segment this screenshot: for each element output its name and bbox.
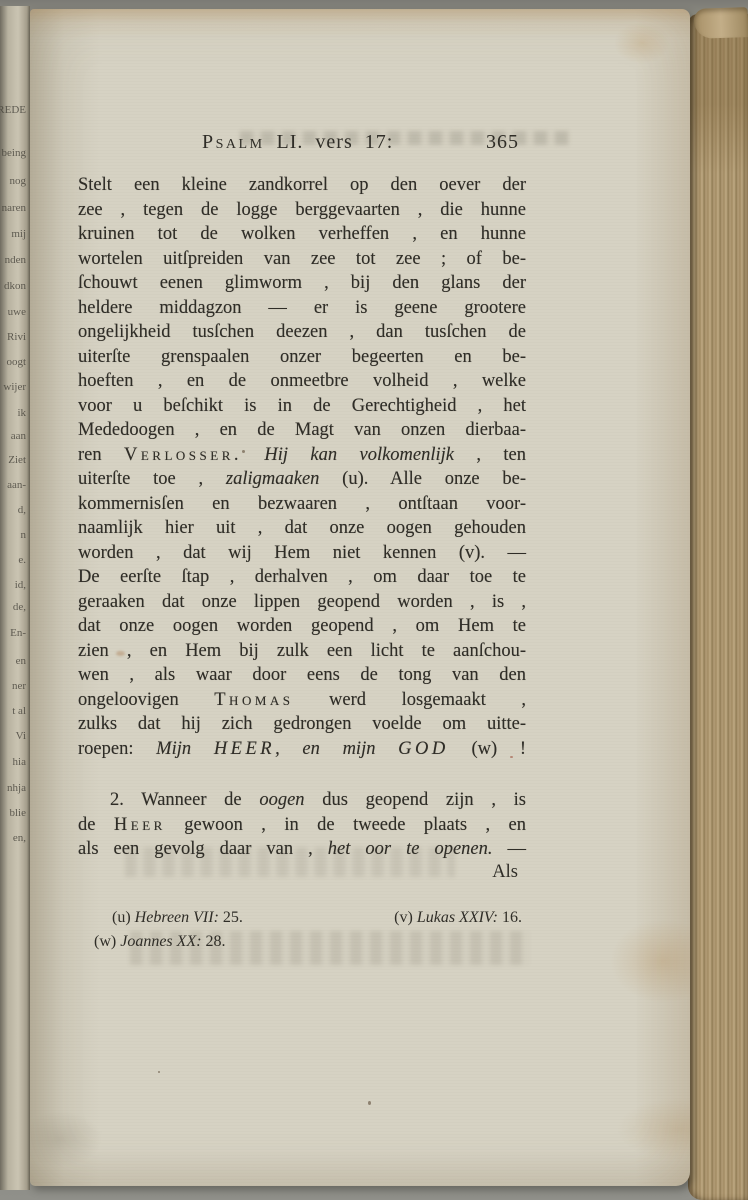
text-line: hoeften , en de onmeetbre volheid , welk… xyxy=(78,369,526,394)
text-segment: (v) xyxy=(394,909,417,926)
gutter-text-fragment: e. xyxy=(0,554,26,566)
gutter-text-fragment: id, xyxy=(0,579,26,591)
text-line: dat onze oogen worden geopend , om Hem t… xyxy=(78,614,526,639)
text-line: De eerſte ſtap , derhalven , om daar toe… xyxy=(78,565,526,590)
text-segment: uiterſte toe , xyxy=(78,469,226,489)
footnotes: (u) Hebreen VII: 25. (v) Lukas XXIV: 16.… xyxy=(78,906,526,954)
footnote-line: (u) Hebreen VII: 25. (v) Lukas XXIV: 16. xyxy=(78,906,526,930)
text-segment: ren xyxy=(78,445,124,465)
text-line: Mededoogen , en de Magt van onzen dierba… xyxy=(78,418,526,443)
text-segment: naamlijk hier uit , dat onze oogen gehou… xyxy=(78,518,526,538)
text-segment xyxy=(242,445,264,465)
footnote-ref-w: (w) Joannes XX: 28. xyxy=(94,933,226,950)
text-segment: Mijn xyxy=(156,739,214,759)
gutter-text-fragment: blie xyxy=(0,807,26,819)
page-title-verse: LI. vers 17: xyxy=(265,131,394,153)
text-segment: zulks dat hij zich gedrongen voelde om u… xyxy=(78,714,526,734)
text-segment: dus geopend zijn , is xyxy=(305,790,526,810)
page-number: 365 xyxy=(486,131,519,154)
gutter-text-fragment: wijer xyxy=(0,381,26,393)
gutter-text-fragment: being xyxy=(0,147,26,159)
text-segment: roepen: xyxy=(78,739,156,759)
gutter-text-fragment: nden xyxy=(0,254,26,266)
book-fore-edge-corner xyxy=(693,7,748,39)
gutter-text-fragment: ner xyxy=(0,680,26,692)
catchword: Als xyxy=(492,860,518,885)
text-line: wen , als waar door eens de tong van den xyxy=(78,663,526,688)
gutter-text-fragment: en, xyxy=(0,832,26,844)
text-segment: ongelijkheid tusſchen deezen , dan tusſc… xyxy=(78,322,526,342)
gutter-text-fragment: dkon xyxy=(0,280,26,292)
page-title: Psalm LI. vers 17: xyxy=(202,131,393,154)
text-segment: kruinen tot de wolken verheffen , en hun… xyxy=(78,224,526,244)
paragraph: Stelt een kleine zandkorrel op den oever… xyxy=(78,173,526,761)
text-segment: zaligmaaken xyxy=(226,469,320,489)
text-segment: oogen xyxy=(259,790,304,810)
gutter-text-fragment: aan- xyxy=(0,479,26,491)
text-segment: dat onze oogen worden geopend , om Hem t… xyxy=(78,616,526,636)
text-segment: wen , als waar door eens de tong van den xyxy=(78,665,526,685)
paper-speck xyxy=(368,1101,371,1105)
text-line: naamlijk hier uit , dat onze oogen gehou… xyxy=(78,516,526,541)
text-line: roepen: Mijn HEER, en mijn GOD (w) ! xyxy=(78,737,526,762)
text-line: heldere middagzon — er is geene grootere xyxy=(78,296,526,321)
text-segment: Mededoogen , en de Magt van onzen dierba… xyxy=(78,420,526,440)
text-segment: de xyxy=(78,815,114,835)
text-segment: hoeften , en de onmeetbre volheid , welk… xyxy=(78,371,526,391)
text-segment: Joannes XX: xyxy=(120,933,201,950)
book-fore-edge-pages xyxy=(688,14,748,1200)
text-segment: 2. Wanneer de xyxy=(110,790,259,810)
gutter-text-fragment: oogt xyxy=(0,356,26,368)
gutter-text-fragment: mij xyxy=(0,228,26,240)
text-segment: werd losgemaakt , xyxy=(294,690,526,710)
text-line: zulks dat hij zich gedrongen voelde om u… xyxy=(78,712,526,737)
text-segment: ſchouwt eenen glimworm , bij den glans d… xyxy=(78,273,526,293)
text-segment: gewoon , in de tweede plaats , en xyxy=(166,815,526,835)
text-line: kommernisſen en bezwaaren , ontſtaan voo… xyxy=(78,492,526,517)
text-segment: Hij kan volkomenlijk xyxy=(264,445,454,465)
text-line: ongelijkheid tusſchen deezen , dan tusſc… xyxy=(78,320,526,345)
gutter-text-fragment: Rivi xyxy=(0,331,26,343)
running-head: Psalm LI. vers 17: 365 xyxy=(78,131,526,161)
text-segment: heldere middagzon — er is geene grootere xyxy=(78,298,526,318)
gutter-text-fragment: hia xyxy=(0,756,26,768)
text-line: 2. Wanneer de oogen dus geopend zijn , i… xyxy=(78,788,526,813)
text-segment: 28. xyxy=(202,933,226,950)
text-segment: — xyxy=(493,839,527,859)
text-line: als een gevolg daar van , het oor te ope… xyxy=(78,837,526,862)
text-line: de Heer gewoon , in de tweede plaats , e… xyxy=(78,813,526,838)
gutter-text-fragment: nhja xyxy=(0,782,26,794)
text-segment: worden , dat wij Hem niet kennen (v). — xyxy=(78,543,526,563)
gutter-text-fragment: En- xyxy=(0,627,26,639)
text-segment: Stelt een kleine zandkorrel op den oever… xyxy=(78,175,526,195)
text-segment: Thomas xyxy=(214,690,293,710)
text-segment: het oor te openen. xyxy=(328,839,493,859)
text-segment: zee , tegen de logge berggevaarten , die… xyxy=(78,200,526,220)
text-line: uiterſte grenspaalen onzer begeerten en … xyxy=(78,345,526,370)
text-segment: wortelen uitſpreiden van zee tot zee ; o… xyxy=(78,249,526,269)
text-segment: kommernisſen en bezwaaren , ontſtaan voo… xyxy=(78,494,526,514)
page-title-psalm: Psalm xyxy=(202,131,265,153)
gutter-text-fragment: Ziet xyxy=(0,454,26,466)
text-segment: (w) xyxy=(94,933,120,950)
text-segment: Heer xyxy=(114,815,166,835)
gutter-text-fragment: naren xyxy=(0,202,26,214)
text-segment: 25. xyxy=(219,909,243,926)
text-line: ren Verlosser. Hij kan volkomenlijk , te… xyxy=(78,443,526,468)
text-segment: GOD xyxy=(398,739,449,759)
text-segment: , xyxy=(275,739,302,759)
text-segment: Verlosser. xyxy=(124,445,242,465)
text-segment: Lukas XXIV: xyxy=(417,909,498,926)
text-line: Stelt een kleine zandkorrel op den oever… xyxy=(78,173,526,198)
gutter-text-fragment: en xyxy=(0,655,26,667)
text-segment: als een gevolg daar van , xyxy=(78,839,328,859)
gutter-text-fragment: Vi xyxy=(0,730,26,742)
text-segment: (w) ! xyxy=(449,739,526,759)
gutter-text-fragment: n xyxy=(0,529,26,541)
text-segment: 16. xyxy=(498,909,522,926)
text-segment: ongeloovigen xyxy=(78,690,214,710)
footnote-line: (w) Joannes XX: 28. xyxy=(78,930,526,954)
paragraph: 2. Wanneer de oogen dus geopend zijn , i… xyxy=(78,788,526,862)
printed-text-block: Psalm LI. vers 17: 365 Stelt een kleine … xyxy=(78,129,526,999)
gutter-text-fragment: aan xyxy=(0,430,26,442)
gutter-text-fragment: REDE xyxy=(0,104,26,116)
gutter-text-fragment: uwe xyxy=(0,306,26,318)
text-segment: Hebreen VII: xyxy=(135,909,219,926)
text-segment: geraaken dat onze lippen geopend worden … xyxy=(78,592,526,612)
text-line: ongeloovigen Thomas werd losgemaakt , xyxy=(78,688,526,713)
gutter-text-fragment: d, xyxy=(0,504,26,516)
text-segment: uiterſte grenspaalen onzer begeerten en … xyxy=(78,347,526,367)
text-segment: zien , en Hem bij zulk een licht te aanſ… xyxy=(78,641,526,661)
text-line: kruinen tot de wolken verheffen , en hun… xyxy=(78,222,526,247)
text-segment: en mijn xyxy=(302,739,398,759)
gutter-text-fragment: ik xyxy=(0,407,26,419)
gutter-text-fragment: nog xyxy=(0,175,26,187)
text-line: ſchouwt eenen glimworm , bij den glans d… xyxy=(78,271,526,296)
text-line: uiterſte toe , zaligmaaken (u). Alle onz… xyxy=(78,467,526,492)
text-segment: De eerſte ſtap , derhalven , om daar toe… xyxy=(78,567,526,587)
footnote-ref-u: (u) Hebreen VII: 25. xyxy=(112,906,243,930)
facing-page-gutter-edge: REDEbeingnognarenmijndendkonuweRivioogtw… xyxy=(0,6,30,1190)
text-segment: , ten xyxy=(454,445,526,465)
book-photo-scene: REDEbeingnognarenmijndendkonuweRivioogtw… xyxy=(0,0,748,1200)
text-segment: (u). Alle onze be- xyxy=(319,469,526,489)
gutter-text-fragment: t al xyxy=(0,705,26,717)
book-page: Psalm LI. vers 17: 365 Stelt een kleine … xyxy=(30,9,690,1186)
paper-speck xyxy=(158,1071,160,1073)
text-segment: voor u beſchikt is in de Gerechtigheid ,… xyxy=(78,396,526,416)
text-segment: (u) xyxy=(112,909,135,926)
gutter-text-fragment: de, xyxy=(0,601,26,613)
text-line: voor u beſchikt is in de Gerechtigheid ,… xyxy=(78,394,526,419)
text-line: zee , tegen de logge berggevaarten , die… xyxy=(78,198,526,223)
text-line: zien , en Hem bij zulk een licht te aanſ… xyxy=(78,639,526,664)
text-line: wortelen uitſpreiden van zee tot zee ; o… xyxy=(78,247,526,272)
text-line: worden , dat wij Hem niet kennen (v). — xyxy=(78,541,526,566)
footnote-ref-v: (v) Lukas XXIV: 16. xyxy=(394,906,522,930)
text-segment: HEER xyxy=(214,739,275,759)
text-line: geraaken dat onze lippen geopend worden … xyxy=(78,590,526,615)
